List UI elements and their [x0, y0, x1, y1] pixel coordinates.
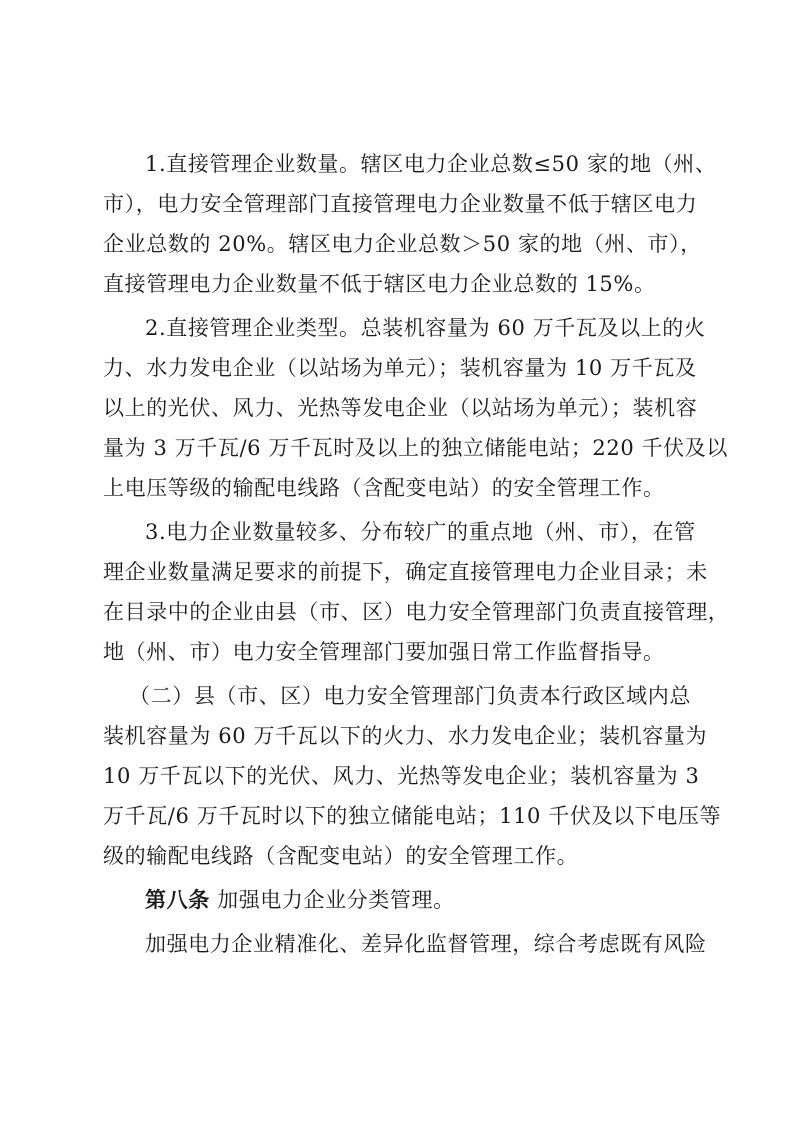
text-line: 以上的光伏、风力、光热等发电企业（以站场为单元）；装机容 — [103, 388, 691, 428]
paragraph-classification: 加强电力企业精准化、差异化监督管理，综合考虑既有风险 — [103, 924, 691, 964]
text-line: 企业总数的 20%。辖区电力企业总数＞50 家的地（州、市）， — [103, 224, 691, 264]
text-line: 上电压等级的输配电线路（含配变电站）的安全管理工作。 — [103, 468, 691, 508]
paragraph-county-responsibility: （二）县（市、区）电力安全管理部门负责本行政区域内总 装机容量为 60 万千瓦以… — [103, 676, 691, 876]
text-line: 地（州、市）电力安全管理部门要加强日常工作监督指导。 — [103, 632, 691, 672]
text-line: 理企业数量满足要求的前提下，确定直接管理电力企业目录；未 — [103, 552, 691, 592]
text-line: 万千瓦/6 万千瓦时以下的独立储能电站；110 千伏及以下电压等 — [103, 796, 691, 836]
text-line: 级的输配电线路（含配变电站）的安全管理工作。 — [103, 836, 691, 876]
document-page: 1.直接管理企业数量。辖区电力企业总数≤50 家的地（州、 市），电力安全管理部… — [103, 144, 691, 964]
text-line: 量为 3 万千瓦/6 万千瓦时及以上的独立储能电站；220 千伏及以 — [103, 428, 691, 468]
text-line: 第八条 加强电力企业分类管理。 — [103, 880, 691, 920]
text-line: 1.直接管理企业数量。辖区电力企业总数≤50 家的地（州、 — [103, 144, 691, 184]
text-line: 在目录中的企业由县（市、区）电力安全管理部门负责直接管理， — [103, 592, 691, 632]
text-line: 装机容量为 60 万千瓦以下的火力、水力发电企业；装机容量为 — [103, 716, 691, 756]
text-line: 10 万千瓦以下的光伏、风力、光热等发电企业；装机容量为 3 — [103, 756, 691, 796]
text-line: 市），电力安全管理部门直接管理电力企业数量不低于辖区电力 — [103, 184, 691, 224]
article-number: 第八条 — [145, 888, 210, 912]
text-line: 3.电力企业数量较多、分布较广的重点地（州、市），在管 — [103, 512, 691, 552]
text-line: 力、水力发电企业（以站场为单元）；装机容量为 10 万千瓦及 — [103, 348, 691, 388]
text-line: 直接管理电力企业数量不低于辖区电力企业总数的 15%。 — [103, 264, 691, 304]
paragraph-key-regions: 3.电力企业数量较多、分布较广的重点地（州、市），在管 理企业数量满足要求的前提… — [103, 512, 691, 672]
article-title: 加强电力企业分类管理。 — [210, 888, 455, 912]
article-8-heading-paragraph: 第八条 加强电力企业分类管理。 — [103, 880, 691, 920]
text-line: （二）县（市、区）电力安全管理部门负责本行政区域内总 — [103, 676, 691, 716]
paragraph-direct-management-type: 2.直接管理企业类型。总装机容量为 60 万千瓦及以上的火 力、水力发电企业（以… — [103, 308, 691, 508]
text-line: 2.直接管理企业类型。总装机容量为 60 万千瓦及以上的火 — [103, 308, 691, 348]
text-line: 加强电力企业精准化、差异化监督管理，综合考虑既有风险 — [103, 924, 691, 964]
paragraph-direct-management-count: 1.直接管理企业数量。辖区电力企业总数≤50 家的地（州、 市），电力安全管理部… — [103, 144, 691, 304]
